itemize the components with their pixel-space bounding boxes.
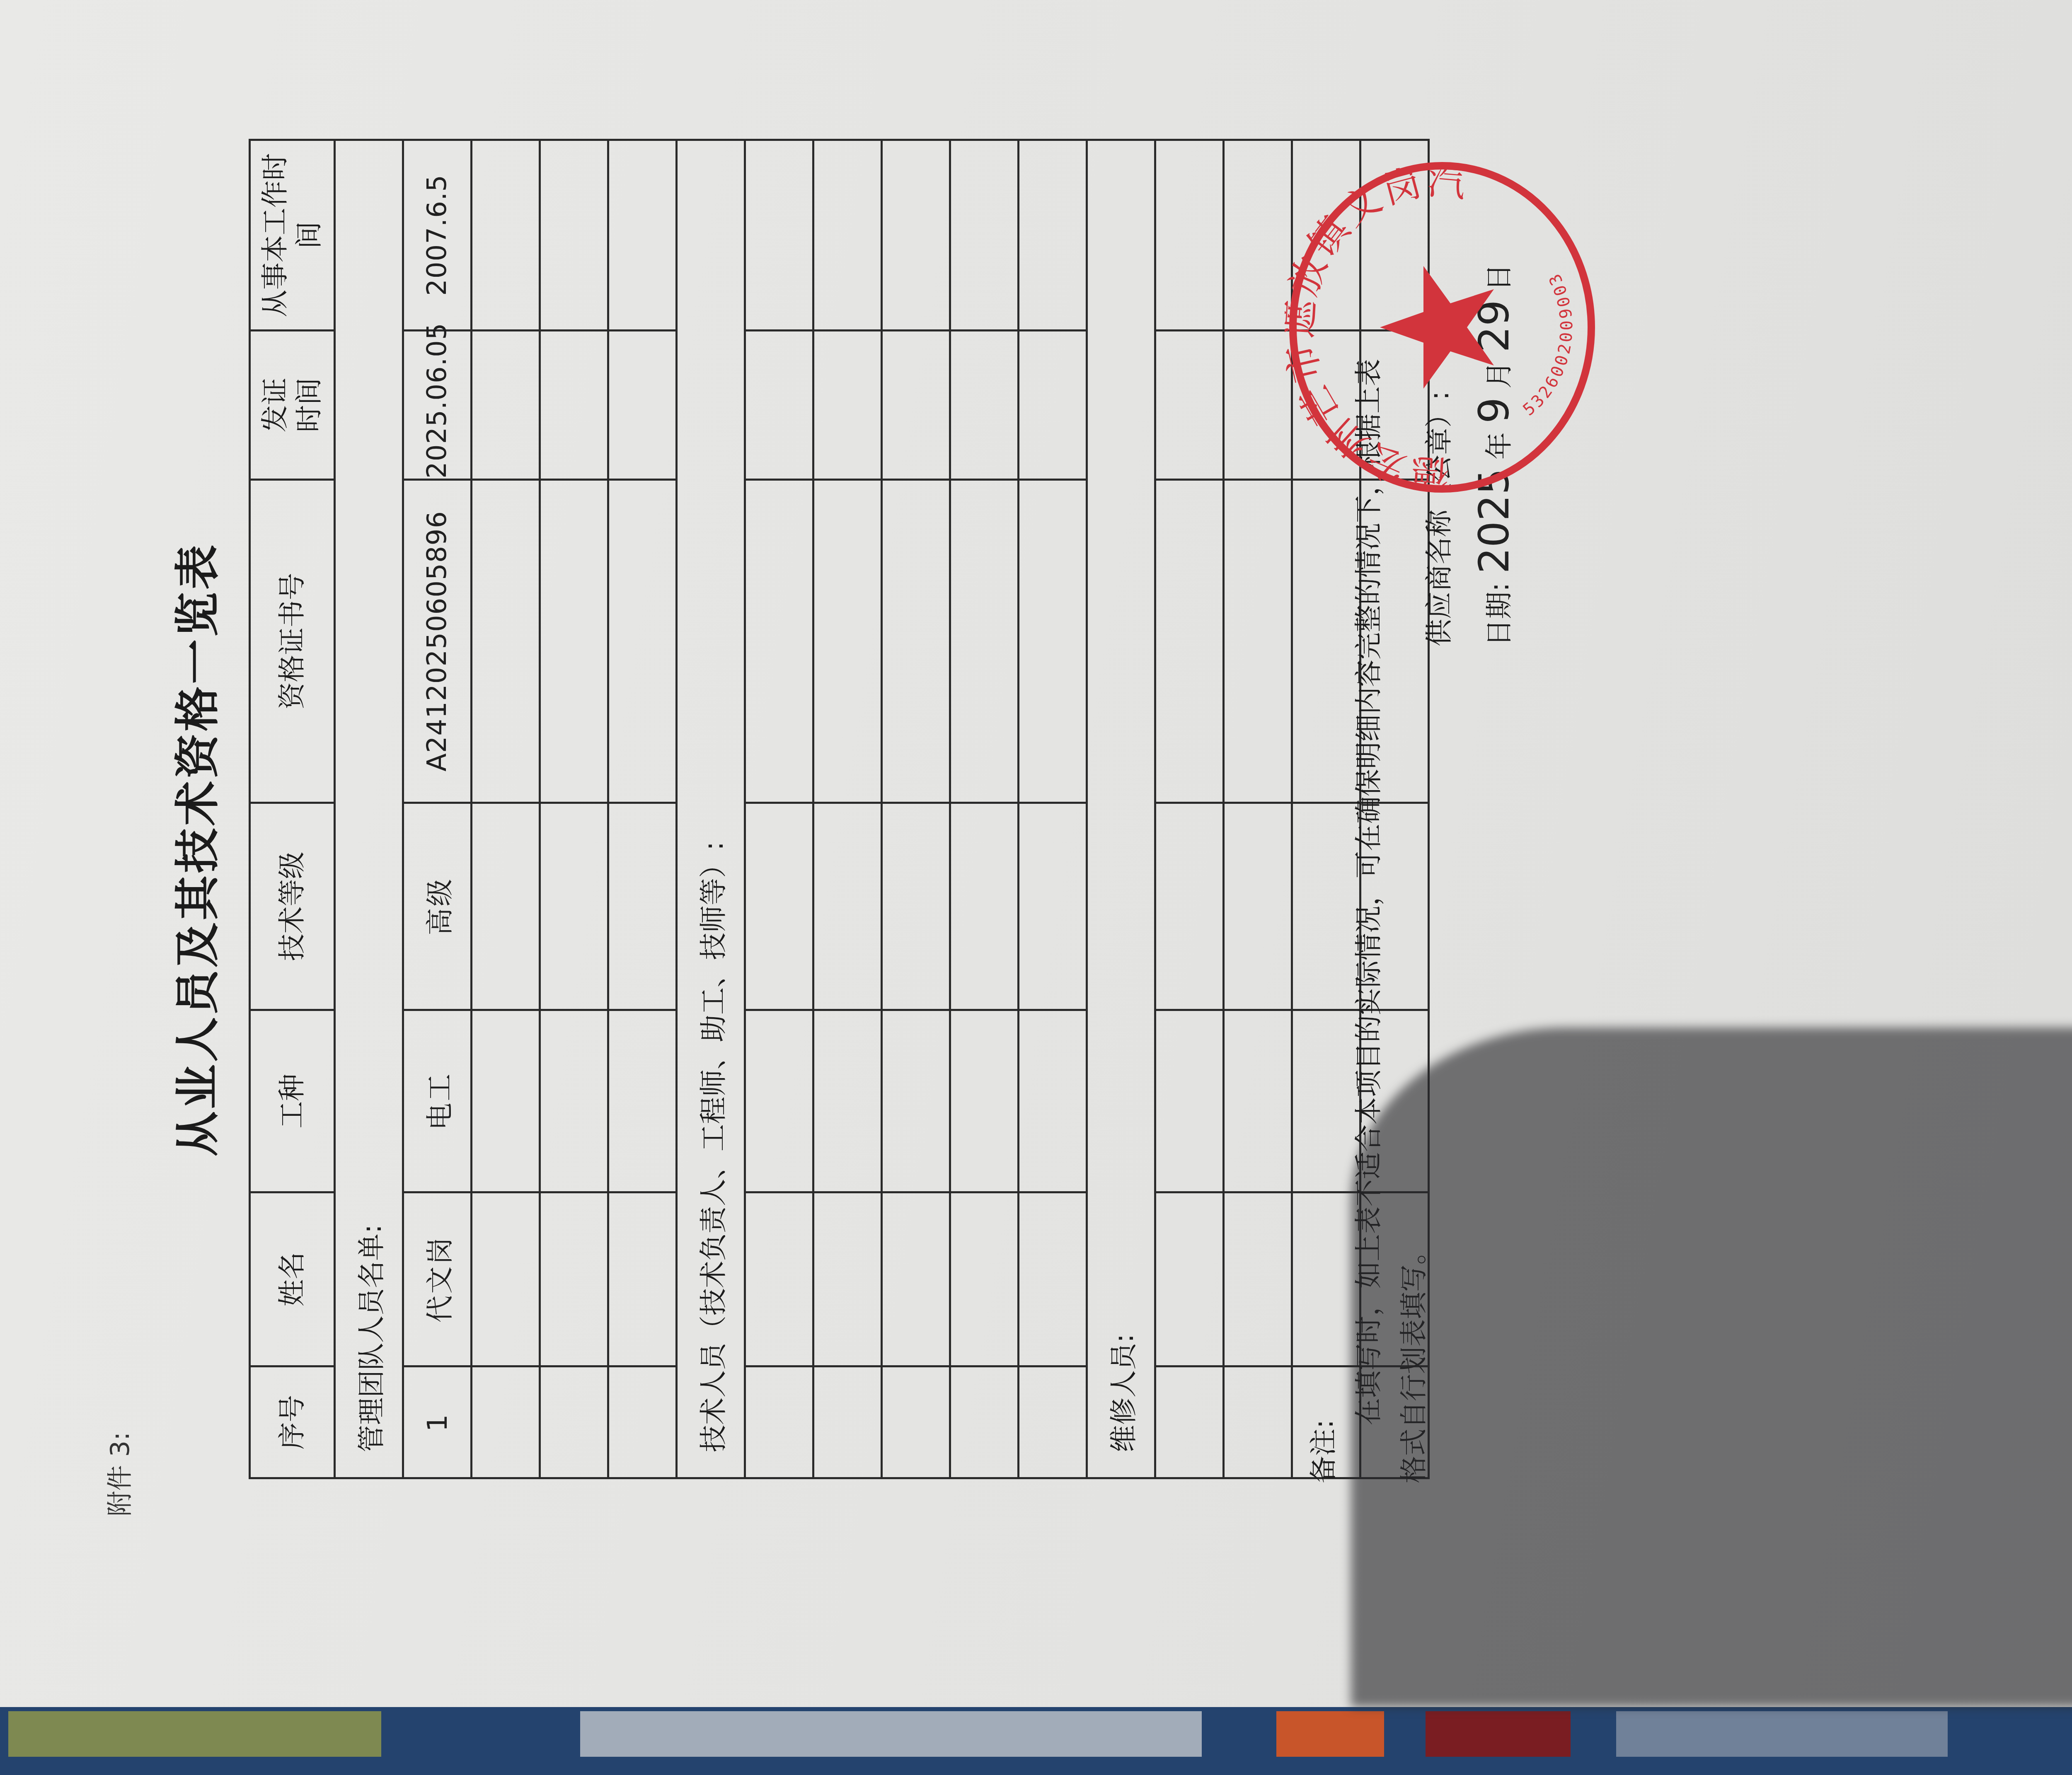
table-cell	[1019, 1366, 1087, 1478]
column-header: 资格证书号	[250, 480, 335, 803]
table-cell	[950, 803, 1019, 1010]
table-cell	[882, 480, 950, 803]
table-cell	[813, 480, 882, 803]
table-cell	[1224, 1010, 1292, 1192]
table-row	[608, 140, 677, 1478]
document-page: 附件 3: 从业人员及其技术资格一览表 序号姓名工种技术等级资格证书号发证 时间…	[41, 41, 1575, 1657]
section-label: 维修人员:	[1087, 140, 1155, 1478]
table-row	[472, 140, 540, 1478]
table-cell	[540, 1192, 608, 1366]
notes-label: 备注:	[1307, 1420, 1339, 1483]
table-cell	[1155, 331, 1224, 480]
section-label: 技术人员（技术负责人、工程师、助工、技师等）:	[677, 140, 745, 1478]
table-row	[540, 140, 608, 1478]
table-cell	[882, 331, 950, 480]
column-header: 技术等级	[250, 803, 335, 1010]
table-cell	[950, 1192, 1019, 1366]
table-row	[1155, 140, 1224, 1478]
table-cell	[950, 331, 1019, 480]
table-row	[882, 140, 950, 1478]
table-cell	[472, 140, 540, 331]
table-cell	[472, 1192, 540, 1366]
table-cell	[540, 480, 608, 803]
table-header-row: 序号姓名工种技术等级资格证书号发证 时间从事本工作时间	[250, 140, 335, 1478]
page-title: 从业人员及其技术资格一览表	[162, 41, 226, 1657]
table-cell	[813, 1366, 882, 1478]
column-header: 序号	[250, 1366, 335, 1478]
table-cell	[1155, 803, 1224, 1010]
table-cell	[950, 480, 1019, 803]
table-cell	[540, 803, 608, 1010]
date-label: 日期:	[1483, 583, 1515, 646]
table-cell	[745, 803, 813, 1010]
table-cell	[1155, 1366, 1224, 1478]
table-cell	[1155, 1192, 1224, 1366]
table-cell	[1019, 803, 1087, 1010]
table-cell	[1224, 1366, 1292, 1478]
table-cell	[950, 1010, 1019, 1192]
table-cell	[1019, 1010, 1087, 1192]
table-cell	[1019, 480, 1087, 803]
attachment-label: 附件 3:	[99, 1432, 136, 1516]
table-cell	[608, 803, 677, 1010]
table-cell	[608, 1366, 677, 1478]
table-cell	[1224, 140, 1292, 331]
table-cell	[745, 140, 813, 331]
table-cell: A24120250605896	[403, 480, 472, 803]
table-cell	[608, 480, 677, 803]
table-cell	[950, 1366, 1019, 1478]
svg-text:5326002009003: 5326002009003	[1520, 268, 1577, 420]
table-cell	[472, 1366, 540, 1478]
table-cell	[813, 140, 882, 331]
table-cell	[813, 803, 882, 1010]
table-row	[813, 140, 882, 1478]
table-cell	[608, 1192, 677, 1366]
table-cell	[1019, 331, 1087, 480]
table-cell	[1224, 803, 1292, 1010]
table-cell	[1224, 1192, 1292, 1366]
table-row	[1224, 140, 1292, 1478]
table-cell	[1224, 480, 1292, 803]
table-cell	[540, 1366, 608, 1478]
seal-code: 5326002009003	[1520, 268, 1577, 420]
table-cell	[882, 1192, 950, 1366]
table-cell: 1	[403, 1366, 472, 1478]
table-cell	[745, 1366, 813, 1478]
table-cell	[540, 140, 608, 331]
hand-shadow	[1351, 1028, 2072, 1707]
qualification-table: 序号姓名工种技术等级资格证书号发证 时间从事本工作时间 管理团队人员名单:1代文…	[249, 139, 1430, 1479]
table-cell	[472, 331, 540, 480]
column-header: 工种	[250, 1010, 335, 1192]
section-label: 管理团队人员名单:	[335, 140, 403, 1478]
table-cell	[813, 331, 882, 480]
table-cell	[608, 331, 677, 480]
table-cell	[540, 1010, 608, 1192]
table-cell: 代文岗	[403, 1192, 472, 1366]
table-cell	[745, 1192, 813, 1366]
column-header: 发证 时间	[250, 331, 335, 480]
table-cell	[882, 803, 950, 1010]
table-cell	[540, 331, 608, 480]
table-cell: 电工	[403, 1010, 472, 1192]
table-cell	[1155, 1010, 1224, 1192]
table-cell	[745, 480, 813, 803]
section-row: 维修人员:	[1087, 140, 1155, 1478]
table-cell	[1019, 140, 1087, 331]
table-cell	[813, 1192, 882, 1366]
table-row	[1019, 140, 1087, 1478]
table-cell	[472, 803, 540, 1010]
table-cell: 高级	[403, 803, 472, 1010]
column-header: 从事本工作时间	[250, 140, 335, 331]
company-seal: 德宏州芒市遮放镇文岗汽车修理厂 5326002009003	[1285, 157, 1600, 497]
table-cell	[745, 1010, 813, 1192]
table-cell	[813, 1010, 882, 1192]
table-cell	[1019, 1192, 1087, 1366]
table-cell: 2007.6.5	[403, 140, 472, 331]
table-cell	[472, 1010, 540, 1192]
table-cell	[608, 140, 677, 331]
table-cell	[882, 1010, 950, 1192]
table-row	[745, 140, 813, 1478]
column-header: 姓名	[250, 1192, 335, 1366]
table-cell	[1155, 140, 1224, 331]
table-cell	[950, 140, 1019, 331]
table-cell	[1224, 331, 1292, 480]
table-cell	[472, 480, 540, 803]
table-cell	[882, 1366, 950, 1478]
table-cell	[882, 140, 950, 331]
table-cell	[745, 331, 813, 480]
section-row: 技术人员（技术负责人、工程师、助工、技师等）:	[677, 140, 745, 1478]
table-row	[950, 140, 1019, 1478]
section-row: 管理团队人员名单:	[335, 140, 403, 1478]
table-cell	[608, 1010, 677, 1192]
table-row: 1代文岗电工高级A241202506058962025.06.052007.6.…	[403, 140, 472, 1478]
table-cell: 2025.06.05	[403, 331, 472, 480]
table-cell	[1155, 480, 1224, 803]
